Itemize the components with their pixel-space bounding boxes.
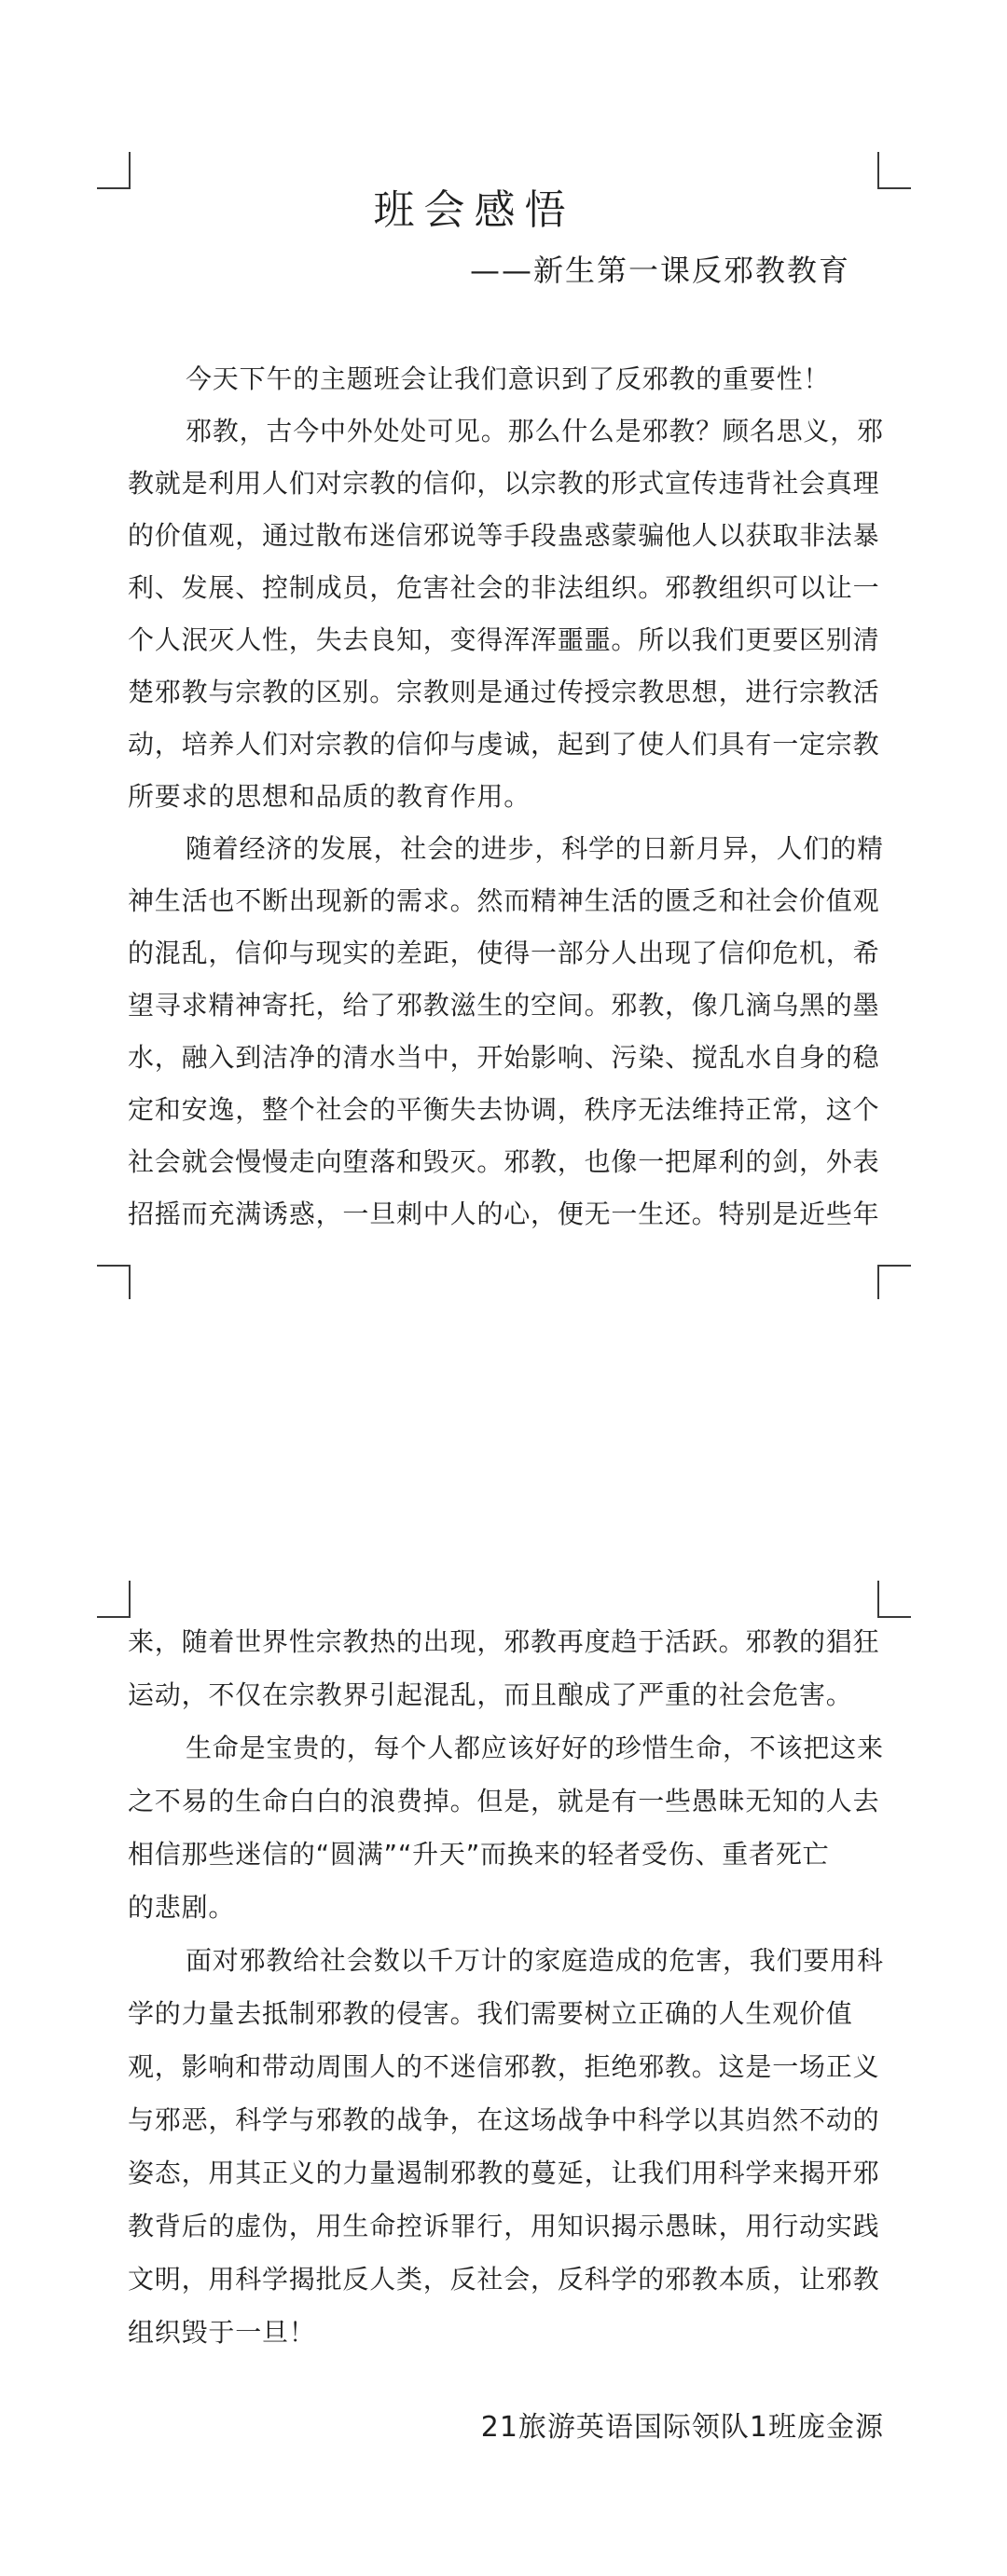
handwritten-line: 面对邪教给社会数以千万计的家庭造成的危害，我们要用科 — [128, 1934, 885, 1987]
handwritten-line: 招摇而充满诱惑，一旦刺中人的心，便无一生还。特别是近些年 — [128, 1188, 885, 1240]
handwritten-line: 社会就会慢慢走向堕落和毁灭。邪教，也像一把犀利的剑，外表 — [128, 1136, 885, 1188]
handwritten-line: 利、发展、控制成员，危害社会的非法组织。邪教组织可以让一 — [128, 562, 885, 614]
handwritten-line: 教就是利用人们对宗教的信仰，以宗教的形式宣传违背社会真理 — [128, 458, 885, 510]
handwritten-line: 姿态，用其正义的力量遏制邪教的蔓延，让我们用科学来揭开邪 — [128, 2146, 885, 2199]
handwritten-line: 的混乱，信仰与现实的差距，使得一部分人出现了信仰危机，希 — [128, 927, 885, 980]
handwritten-line: 的价值观，通过散布迷信邪说等手段蛊惑蒙骗他人以获取非法暴 — [128, 510, 885, 562]
handwritten-line: 的悲剧。 — [128, 1881, 885, 1934]
page1-top-right-crop-mark — [877, 152, 911, 189]
handwritten-line: 所要求的思想和品质的教育作用。 — [128, 771, 885, 823]
handwritten-line: 与邪恶，科学与邪教的战争，在这场战争中科学以其岿然不动的 — [128, 2093, 885, 2146]
page1-body: 今天下午的主题班会让我们意识到了反邪教的重要性！ 邪教，古今中外处处可见。那么什… — [128, 353, 885, 1240]
handwritten-line: 楚邪教与宗教的区别。宗教则是通过传授宗教思想，进行宗教活 — [128, 666, 885, 719]
handwritten-line: 相信那些迷信的“圆满”“升天”而换来的轻者受伤、重者死亡 — [128, 1828, 885, 1881]
handwritten-line: 运动，不仅在宗教界引起混乱，而且酿成了严重的社会危害。 — [128, 1668, 885, 1721]
handwritten-line: 随着经济的发展，社会的进步，科学的日新月异，人们的精 — [128, 823, 885, 875]
handwritten-line: 观，影响和带动周围人的不迷信邪教，拒绝邪教。这是一场正义 — [128, 2040, 885, 2093]
page2-body: 来，随着世界性宗教热的出现，邪教再度趋于活跃。邪教的猖狂 运动，不仅在宗教界引起… — [128, 1615, 885, 2359]
handwritten-line: 学的力量去抵制邪教的侵害。我们需要树立正确的人生观价值 — [128, 1987, 885, 2040]
handwritten-line: 今天下午的主题班会让我们意识到了反邪教的重要性！ — [128, 353, 885, 405]
handwritten-line: 组织毁于一旦！ — [128, 2306, 885, 2359]
page1-bottom-right-crop-mark — [877, 1265, 911, 1299]
handwritten-line: 动，培养人们对宗教的信仰与虔诚，起到了使人们具有一定宗教 — [128, 719, 885, 771]
handwritten-line: 生命是宝贵的，每个人都应该好好的珍惜生命，不该把这来 — [128, 1721, 885, 1774]
handwritten-line: 神生活也不断出现新的需求。然而精神生活的匮乏和社会价值观 — [128, 875, 885, 927]
essay-subtitle: ——新生第一课反邪教教育 — [128, 252, 879, 289]
handwritten-line: 邪教，古今中外处处可见。那么什么是邪教？顾名思义，邪 — [128, 405, 885, 458]
handwritten-line: 水，融入到洁净的清水当中，开始影响、污染、搅乱水自身的稳 — [128, 1032, 885, 1084]
essay-title: 班会感悟 — [128, 186, 879, 235]
handwritten-line: 定和安逸，整个社会的平衡失去协调，秩序无法维持正常，这个 — [128, 1084, 885, 1136]
handwritten-line: 望寻求精神寄托，给了邪教滋生的空间。邪教，像几滴乌黑的墨 — [128, 980, 885, 1032]
handwritten-line: 个人泯灭人性，失去良知，变得浑浑噩噩。所以我们更要区别清 — [128, 614, 885, 666]
page2-top-right-crop-mark — [877, 1581, 911, 1618]
page1-top-left-crop-mark — [97, 152, 131, 189]
handwritten-line: 文明，用科学揭批反人类，反社会，反科学的邪教本质，让邪教 — [128, 2253, 885, 2306]
scanned-essay-document: 班会感悟 ——新生第一课反邪教教育 今天下午的主题班会让我们意识到了反邪教的重要… — [0, 0, 1007, 2576]
page2-top-left-crop-mark — [97, 1581, 131, 1618]
handwritten-line: 教背后的虚伪，用生命控诉罪行，用知识揭示愚昧，用行动实践 — [128, 2199, 885, 2253]
page1-bottom-left-crop-mark — [97, 1265, 131, 1299]
author-signature: 21旅游英语国际领队1班庞金源 — [128, 2410, 884, 2446]
handwritten-line: 之不易的生命白白的浪费掉。但是，就是有一些愚昧无知的人去 — [128, 1774, 885, 1828]
handwritten-line: 来，随着世界性宗教热的出现，邪教再度趋于活跃。邪教的猖狂 — [128, 1615, 885, 1668]
